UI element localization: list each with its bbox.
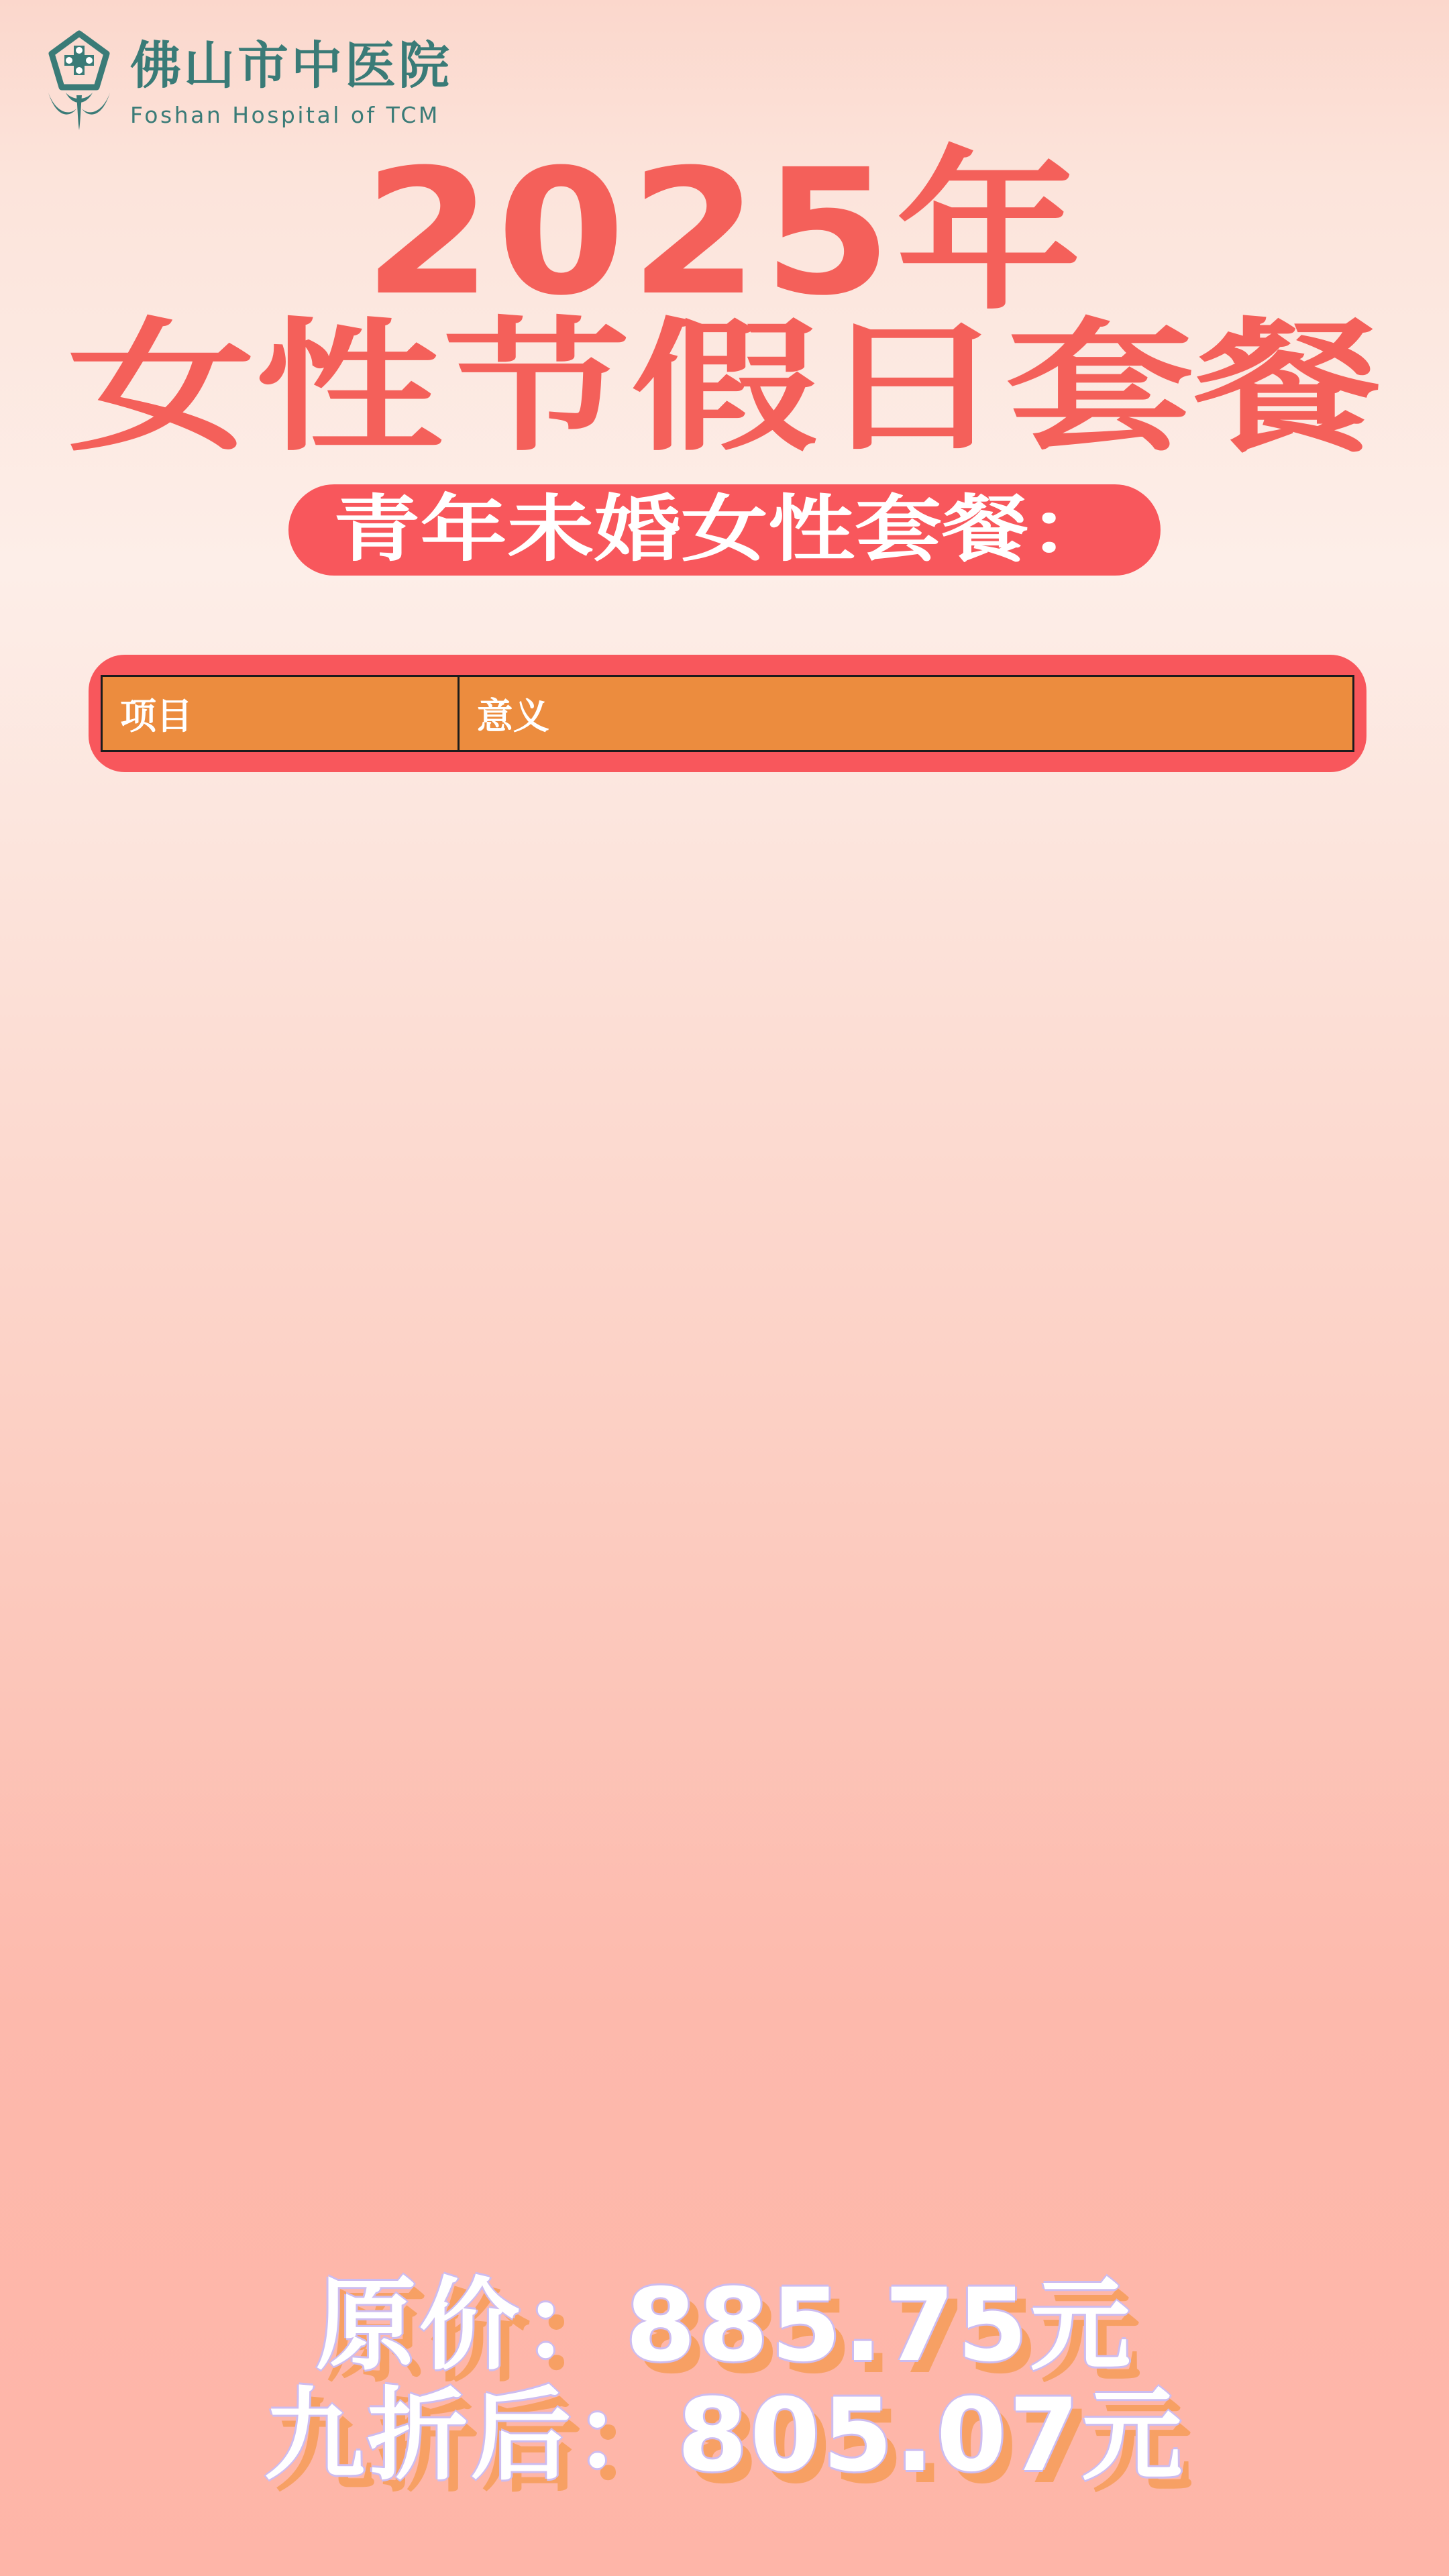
price-original: 原价：885.75元: [0, 2275, 1449, 2376]
poster-title-year: 2025年: [0, 146, 1449, 319]
poster-page: 佛山市中医院 Foshan Hospital of TCM 2025年 女性节假…: [0, 0, 1449, 2576]
hospital-name-en: Foshan Hospital of TCM: [130, 102, 452, 128]
price-discounted: 九折后：805.07元: [0, 2385, 1449, 2486]
package-table-card: 项目 意义: [89, 655, 1366, 772]
column-header-item: 项目: [102, 676, 459, 751]
poster-title-main: 女性节假日套餐: [0, 317, 1449, 459]
table-header-row: 项目 意义: [102, 676, 1354, 751]
column-header-meaning: 意义: [458, 676, 1353, 751]
package-banner-label: 青年未婚女性套餐：: [333, 494, 1116, 566]
hospital-logo-icon: [46, 28, 113, 142]
hospital-logo: 佛山市中医院 Foshan Hospital of TCM: [46, 28, 452, 142]
hospital-name-cn: 佛山市中医院: [130, 40, 452, 91]
package-banner: 青年未婚女性套餐：: [288, 484, 1161, 576]
hospital-logo-text: 佛山市中医院 Foshan Hospital of TCM: [130, 40, 452, 128]
package-table: 项目 意义: [101, 675, 1354, 752]
